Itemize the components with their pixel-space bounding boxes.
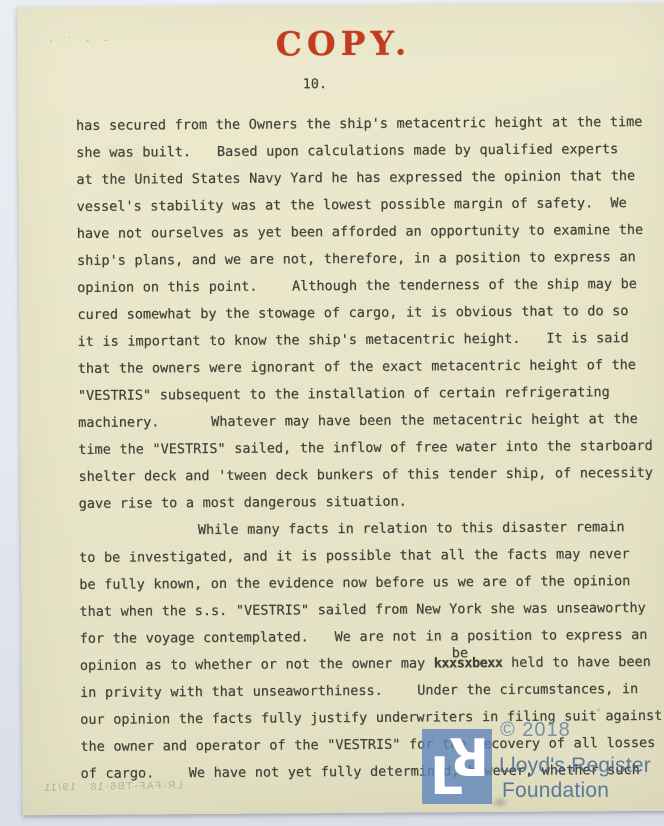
typed-body: has secured from the Owners the ship's m…	[76, 109, 664, 788]
typed-line: that the owners were ignorant of the exa…	[78, 352, 664, 383]
scanned-document: · ˙ · · COPY. 10. has secured from the O…	[0, 0, 664, 826]
ink-fleck	[568, 766, 574, 773]
ink-smudge	[491, 796, 509, 809]
typed-line: opinion as to whether or not the owner m…	[80, 649, 664, 680]
typed-line: machinery. Whatever may have been the me…	[78, 406, 664, 437]
typed-line: that when the s.s. "VESTRIS" sailed from…	[79, 595, 664, 626]
typed-line: vessel's stability was at the lowest pos…	[76, 190, 664, 221]
typed-line: While many facts in relation to this dis…	[79, 514, 664, 545]
typed-line: have not ourselves as yet been afforded …	[77, 217, 664, 248]
typed-line: for the voyage contemplated. We are not …	[80, 622, 664, 653]
typed-line: ship's plans, and we are not, therefore,…	[77, 244, 664, 275]
paper-stain	[88, 136, 178, 197]
typed-line: it is important to know the ship's metac…	[77, 325, 664, 356]
typed-line: our opinion the facts fully justify unde…	[80, 703, 664, 734]
typed-line: gave rise to a most dangerous situation.	[79, 487, 664, 518]
inserted-word-above-line: be	[452, 640, 468, 667]
typed-line: cured somewhat by the stowage of cargo, …	[77, 298, 664, 329]
typed-line: to be investigated, and it is possible t…	[79, 541, 664, 572]
page-number: 10.	[303, 76, 328, 92]
document-page: · ˙ · · COPY. 10. has secured from the O…	[17, 3, 664, 816]
typed-line: the owner and operator of the "VESTRIS" …	[80, 730, 664, 761]
bleedthrough-reference-number: LR-FAF-TB6-18 19/11	[33, 779, 183, 793]
typed-line: time the "VESTRIS" sailed, the inflow of…	[78, 433, 664, 464]
typed-line: has secured from the Owners the ship's m…	[76, 109, 664, 140]
typed-line: in privity with that unseaworthiness. Un…	[80, 676, 664, 707]
ink-fleck	[596, 707, 601, 712]
typed-text: opinion as to whether or not the owner m…	[80, 655, 434, 673]
typed-line: shelter deck and 'tween deck bunkers of …	[78, 460, 664, 491]
struck-out-word: kxxsxbexxbe	[434, 655, 503, 671]
typed-line: "VESTRIS" subsequent to the installation…	[78, 379, 664, 410]
typed-text: held to have been	[502, 654, 650, 671]
copy-stamp: COPY.	[17, 25, 664, 63]
typed-line: be fully known, on the evidence now befo…	[79, 568, 664, 599]
typed-line: opinion on this point. Although the tend…	[77, 271, 664, 302]
